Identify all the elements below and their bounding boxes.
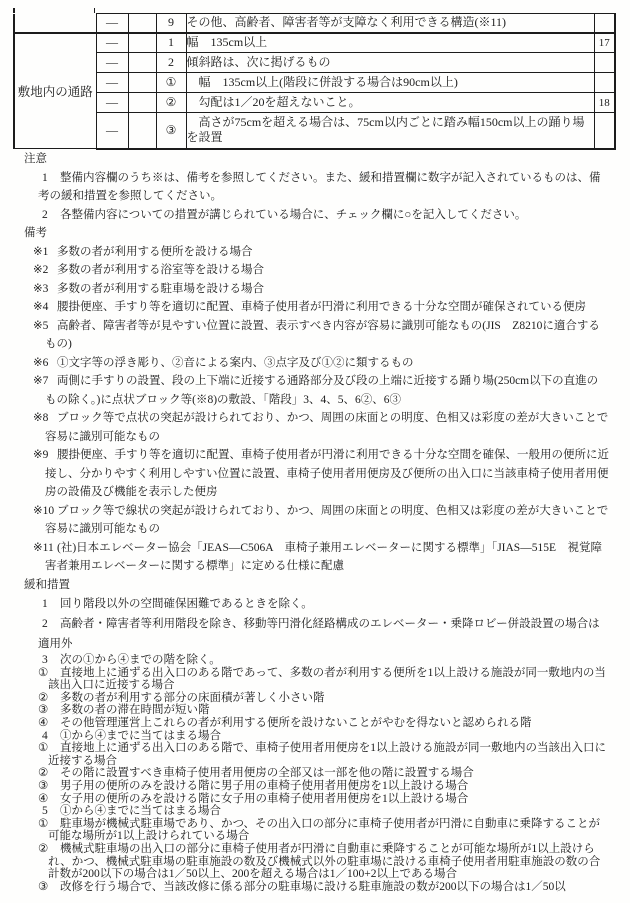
check-cell[interactable] [128,14,156,33]
requirement-text-cell: 幅 135cm以上(階段に併設する場合は90cm以上) [186,73,594,93]
requirement-text-cell: 高さが75cmを超える場合は、75cm以内ごとに踏み幅150cm以上の踊り場を設… [186,113,594,149]
item-label: ※9 [33,446,57,465]
relaxation-number-cell [594,53,615,73]
item-label: ※1 [33,243,57,262]
relaxation-number-cell [594,113,615,149]
subitem-text: 改修を行う場合で、当該改修に係る部分の駐車場に設ける駐車施設の数が200以下の場… [60,881,566,893]
requirement-text-cell: 傾斜路は、次に掲げるもの [186,53,594,73]
check-cell[interactable] [128,113,156,149]
check-cell[interactable] [128,93,156,113]
remark-item: ※3多数の者が利用する駐車場を設ける場合 [0,280,630,299]
remarks-section: 備考 ※1多数の者が利用する便所を設ける場合※2多数の者が利用する浴室等を設ける… [0,224,630,576]
item-label: 4 [42,730,60,743]
item-label: 3 [42,654,60,667]
section-name-cell: 敷地内の通路 [14,33,96,149]
subitem-text: 駐車場が機械式駐車場であり、かつ、その出入口の部分に車椅子使用者が円滑に自動車に… [48,818,600,843]
subitem-label: ② [38,692,60,705]
subitem-text: 直接地上に通ずる出入口のある階であって、多数の者が利用する便所を1以上設ける施設… [48,667,606,692]
item-text: 整備内容欄のうち※は、備考を参照してください。また、緩和措置欄に数字が記入されて… [38,172,601,203]
remark-item: ※5高齢者、障害者等が見やすい位置に設置、表示すべき内容が容易に識別可能なもの(… [0,317,630,354]
item-number-cell: ① [156,73,186,93]
remark-item: ※1多数の者が利用する便所を設ける場合 [0,243,630,262]
item-label: 2 [42,614,60,634]
relaxation-group: 5①から④までに当てはまる場合①駐車場が機械式駐車場であり、かつ、その出入口の部… [0,805,630,893]
subitem-label: ③ [38,704,60,717]
subitem-label: ① [38,742,60,755]
subitem-label: ③ [38,780,60,793]
item-label: ※6 [33,354,57,373]
check-cell[interactable] [128,73,156,93]
remark-item: ※10ブロック等で線状の突起が設けられており、かつ、周囲の床面との明度、色相又は… [0,502,630,539]
item-text: 次の①から④までの階を除く。 [60,654,221,666]
subitem-label: ② [38,843,60,856]
applicability-dash-cell: ― [96,14,128,33]
applicability-dash-cell: ― [96,73,128,93]
subitem-label: ④ [38,717,60,730]
compliance-table: ―9その他、高齢者、障害者等が支障なく利用できる構造(※11)敷地内の通路―1幅… [13,13,616,150]
item-label: 1 [42,594,60,614]
relaxations-items: 1回り階段以外の空間確保困難であるときを除く。2高齢者・障害者等利用階段を除き、… [0,594,630,893]
notes-items: 1整備内容欄のうち※は、備考を参照してください。また、緩和措置欄に数字が記入され… [0,169,630,225]
subitem-label: ② [38,767,60,780]
relaxation-group: 4①から④までに当てはまる場合①直接地上に通ずる出入口のある階で、車椅子使用者用… [0,730,630,806]
item-text: 各整備内容についての措置が講じられている場合に、チェック欄に○を記入してください… [60,209,526,221]
subitem-text: 多数の者の滞在時間が短い階 [60,704,210,716]
item-number-cell: ② [156,93,186,113]
subitem-label: ④ [38,793,60,806]
subitem-text: その階に設置すべき車椅子使用者用便房の全部又は一部を他の階に設置する場合 [60,767,474,779]
relaxation-item: 5①から④までに当てはまる場合 [0,805,630,818]
relaxation-subitem: ③改修を行う場合で、当該改修に係る部分の駐車場に設ける駐車施設の数が200以下の… [0,881,630,894]
subitem-text: その他管理運営上これらの者が利用する便所を設けないことがやむを得ないと認められる… [60,717,532,729]
relaxation-subitem: ③男子用の便所のみを設ける階に男子用の車椅子使用者用便房を1以上設ける場合 [0,780,630,793]
item-text: 回り階段以外の空間確保困難であるときを除く。 [60,598,313,610]
remark-item: ※9腰掛便座、手すり等を適切に配置、車椅子使用者が円滑に利用できる十分な空間を確… [0,446,630,502]
note-item: 1整備内容欄のうち※は、備考を参照してください。また、緩和措置欄に数字が記入され… [0,169,630,206]
notes-section: 注意 1整備内容欄のうち※は、備考を参照してください。また、緩和措置欄に数字が記… [0,150,630,224]
relaxation-number-cell [594,14,615,33]
relaxations-section: 緩和措置 1回り階段以外の空間確保困難であるときを除く。2高齢者・障害者等利用階… [0,576,630,894]
item-label: ※8 [33,409,57,428]
relaxation-subitem: ②多数の者が利用する部分の床面積が著しく小さい階 [0,692,630,705]
item-text: 腰掛便座、手すり等を適切に配置、車椅子使用者が円滑に利用できる十分な空間を確保、… [45,449,609,498]
table-row: ―②勾配は1／20を超えないこと。18 [14,93,615,113]
item-label: ※11 [33,539,57,558]
remark-item: ※7両側に手すりの設置、段の上下端に近接する通路部分及び段の上端に近接する踊り場… [0,372,630,409]
relaxation-item: 2高齢者・障害者等利用階段を除き、移動等円滑化経路構成のエレベーター・乗降ロビー… [0,614,630,654]
item-text: 両側に手すりの設置、段の上下端に近接する通路部分及び段の上端に近接する踊り場(2… [45,375,598,406]
item-label: ※3 [33,280,57,299]
remark-item: ※4腰掛便座、手すり等を適切に配置、車椅子使用者が円滑に利用できる十分な空間が確… [0,298,630,317]
subitem-label: ③ [38,881,60,894]
relaxation-group: 2高齢者・障害者等利用階段を除き、移動等円滑化経路構成のエレベーター・乗降ロビー… [0,614,630,654]
subitem-text: 機械式駐車場の出入口の部分に車椅子使用者が円滑に自動車に乗降することが可能な場所… [48,843,600,880]
document-page: ―9その他、高齢者、障害者等が支障なく利用できる構造(※11)敷地内の通路―1幅… [0,0,630,903]
requirement-text-cell: その他、高齢者、障害者等が支障なく利用できる構造(※11) [186,14,594,33]
item-label: 2 [42,206,60,225]
relaxation-subitem: ④女子用の便所のみを設ける階に女子用の車椅子使用者用便房を1以上設ける場合 [0,793,630,806]
relaxation-item: 4①から④までに当てはまる場合 [0,730,630,743]
relaxations-heading: 緩和措置 [24,576,630,595]
check-cell[interactable] [128,33,156,53]
table-row: ―③高さが75cmを超える場合は、75cm以内ごとに踏み幅150cm以上の踊り場… [14,113,615,149]
relaxation-group: 3次の①から④までの階を除く。①直接地上に通ずる出入口のある階であって、多数の者… [0,654,630,730]
relaxation-subitem: ②その階に設置すべき車椅子使用者用便房の全部又は一部を他の階に設置する場合 [0,767,630,780]
relaxation-subitem: ①直接地上に通ずる出入口のある階で、車椅子使用者用便房を1以上設ける施設が同一敷… [0,742,630,767]
table-row: ―9その他、高齢者、障害者等が支障なく利用できる構造(※11) [14,14,615,33]
item-number-cell: 1 [156,33,186,53]
requirement-text-cell: 幅 135cm以上 [186,33,594,53]
remarks-heading: 備考 [24,224,630,243]
remarks-items: ※1多数の者が利用する便所を設ける場合※2多数の者が利用する浴室等を設ける場合※… [0,243,630,576]
item-number-cell: 2 [156,53,186,73]
item-label: ※2 [33,261,57,280]
subitem-text: 多数の者が利用する部分の床面積が著しく小さい階 [60,692,325,704]
item-text: 高齢者、障害者等が見やすい位置に設置、表示すべき内容が容易に識別可能なもの(JI… [45,320,600,351]
applicability-dash-cell: ― [96,113,128,149]
relaxation-subitem: ①直接地上に通ずる出入口のある階であって、多数の者が利用する便所を1以上設ける施… [0,667,630,692]
remark-item: ※8ブロック等で点状の突起が設けられており、かつ、周囲の床面との明度、色相又は彩… [0,409,630,446]
check-cell[interactable] [128,53,156,73]
item-label: ※10 [33,502,57,521]
note-item: 2各整備内容についての措置が講じられている場合に、チェック欄に○を記入してくださ… [0,206,630,225]
relaxation-subitem: ①駐車場が機械式駐車場であり、かつ、その出入口の部分に車椅子使用者が円滑に自動車… [0,818,630,843]
relaxation-subitem: ④その他管理運営上これらの者が利用する便所を設けないことがやむを得ないと認められ… [0,717,630,730]
item-number-cell: 9 [156,14,186,33]
subitem-label: ① [38,818,60,831]
item-text: 多数の者が利用する便所を設ける場合 [57,246,253,258]
item-label: 1 [42,169,60,188]
item-text: 多数の者が利用する駐車場を設ける場合 [57,283,264,295]
subitem-text: 直接地上に通ずる出入口のある階で、車椅子使用者用便房を1以上設ける施設が同一敷地… [48,742,606,767]
item-text: ブロック等で線状の突起が設けられており、かつ、周囲の床面との明度、色相又は彩度の… [45,505,608,536]
section-name-cell [14,14,96,33]
table-row: ―①幅 135cm以上(階段に併設する場合は90cm以上) [14,73,615,93]
remark-item: ※6①文字等の浮き彫り、②音による案内、③点字及び①②に類するもの [0,354,630,373]
relaxation-subitem: ③多数の者の滞在時間が短い階 [0,704,630,717]
item-text: ①から④までに当てはまる場合 [60,805,221,817]
item-label: 5 [42,805,60,818]
subitem-text: 女子用の便所のみを設ける階に女子用の車椅子使用者用便房を1以上設ける場合 [60,793,468,805]
table-row: 敷地内の通路―1幅 135cm以上17 [14,33,615,53]
item-text: ①文字等の浮き彫り、②音による案内、③点字及び①②に類するもの [57,357,414,369]
item-label: ※7 [33,372,57,391]
relaxation-number-cell: 18 [594,93,615,113]
compliance-table-body: ―9その他、高齢者、障害者等が支障なく利用できる構造(※11)敷地内の通路―1幅… [14,14,615,149]
remark-item: ※2多数の者が利用する浴室等を設ける場合 [0,261,630,280]
item-text: (社)日本エレベーター協会「JEAS―C506A 車椅子兼用エレベーターに関する… [45,542,602,573]
relaxation-item: 1回り階段以外の空間確保困難であるときを除く。 [0,594,630,614]
subitem-text: 男子用の便所のみを設ける階に男子用の車椅子使用者用便房を1以上設ける場合 [60,780,468,792]
document-text: 注意 1整備内容欄のうち※は、備考を参照してください。また、緩和措置欄に数字が記… [0,150,630,893]
relaxation-number-cell: 17 [594,33,615,53]
applicability-dash-cell: ― [96,53,128,73]
remark-item: ※11(社)日本エレベーター協会「JEAS―C506A 車椅子兼用エレベーターに… [0,539,630,576]
applicability-dash-cell: ― [96,33,128,53]
item-text: 高齢者・障害者等利用階段を除き、移動等円滑化経路構成のエレベーター・乗降ロビー併… [38,618,600,650]
item-label: ※5 [33,317,57,336]
item-text: ①から④までに当てはまる場合 [60,730,221,742]
item-number-cell: ③ [156,113,186,149]
notes-heading: 注意 [24,150,630,169]
item-text: ブロック等で点状の突起が設けられており、かつ、周囲の床面との明度、色相又は彩度の… [45,412,608,443]
item-text: 腰掛便座、手すり等を適切に配置、車椅子使用者が円滑に利用できる十分な空間が確保さ… [57,301,586,313]
relaxation-group: 1回り階段以外の空間確保困難であるときを除く。 [0,594,630,614]
table-row: ―2傾斜路は、次に掲げるもの [14,53,615,73]
relaxation-number-cell [594,73,615,93]
subitem-label: ① [38,667,60,680]
item-text: 多数の者が利用する浴室等を設ける場合 [57,264,264,276]
item-label: ※4 [33,298,57,317]
requirement-text-cell: 勾配は1／20を超えないこと。 [186,93,594,113]
relaxation-item: 3次の①から④までの階を除く。 [0,654,630,667]
applicability-dash-cell: ― [96,93,128,113]
relaxation-subitem: ②機械式駐車場の出入口の部分に車椅子使用者が円滑に自動車に乗降することが可能な場… [0,843,630,881]
